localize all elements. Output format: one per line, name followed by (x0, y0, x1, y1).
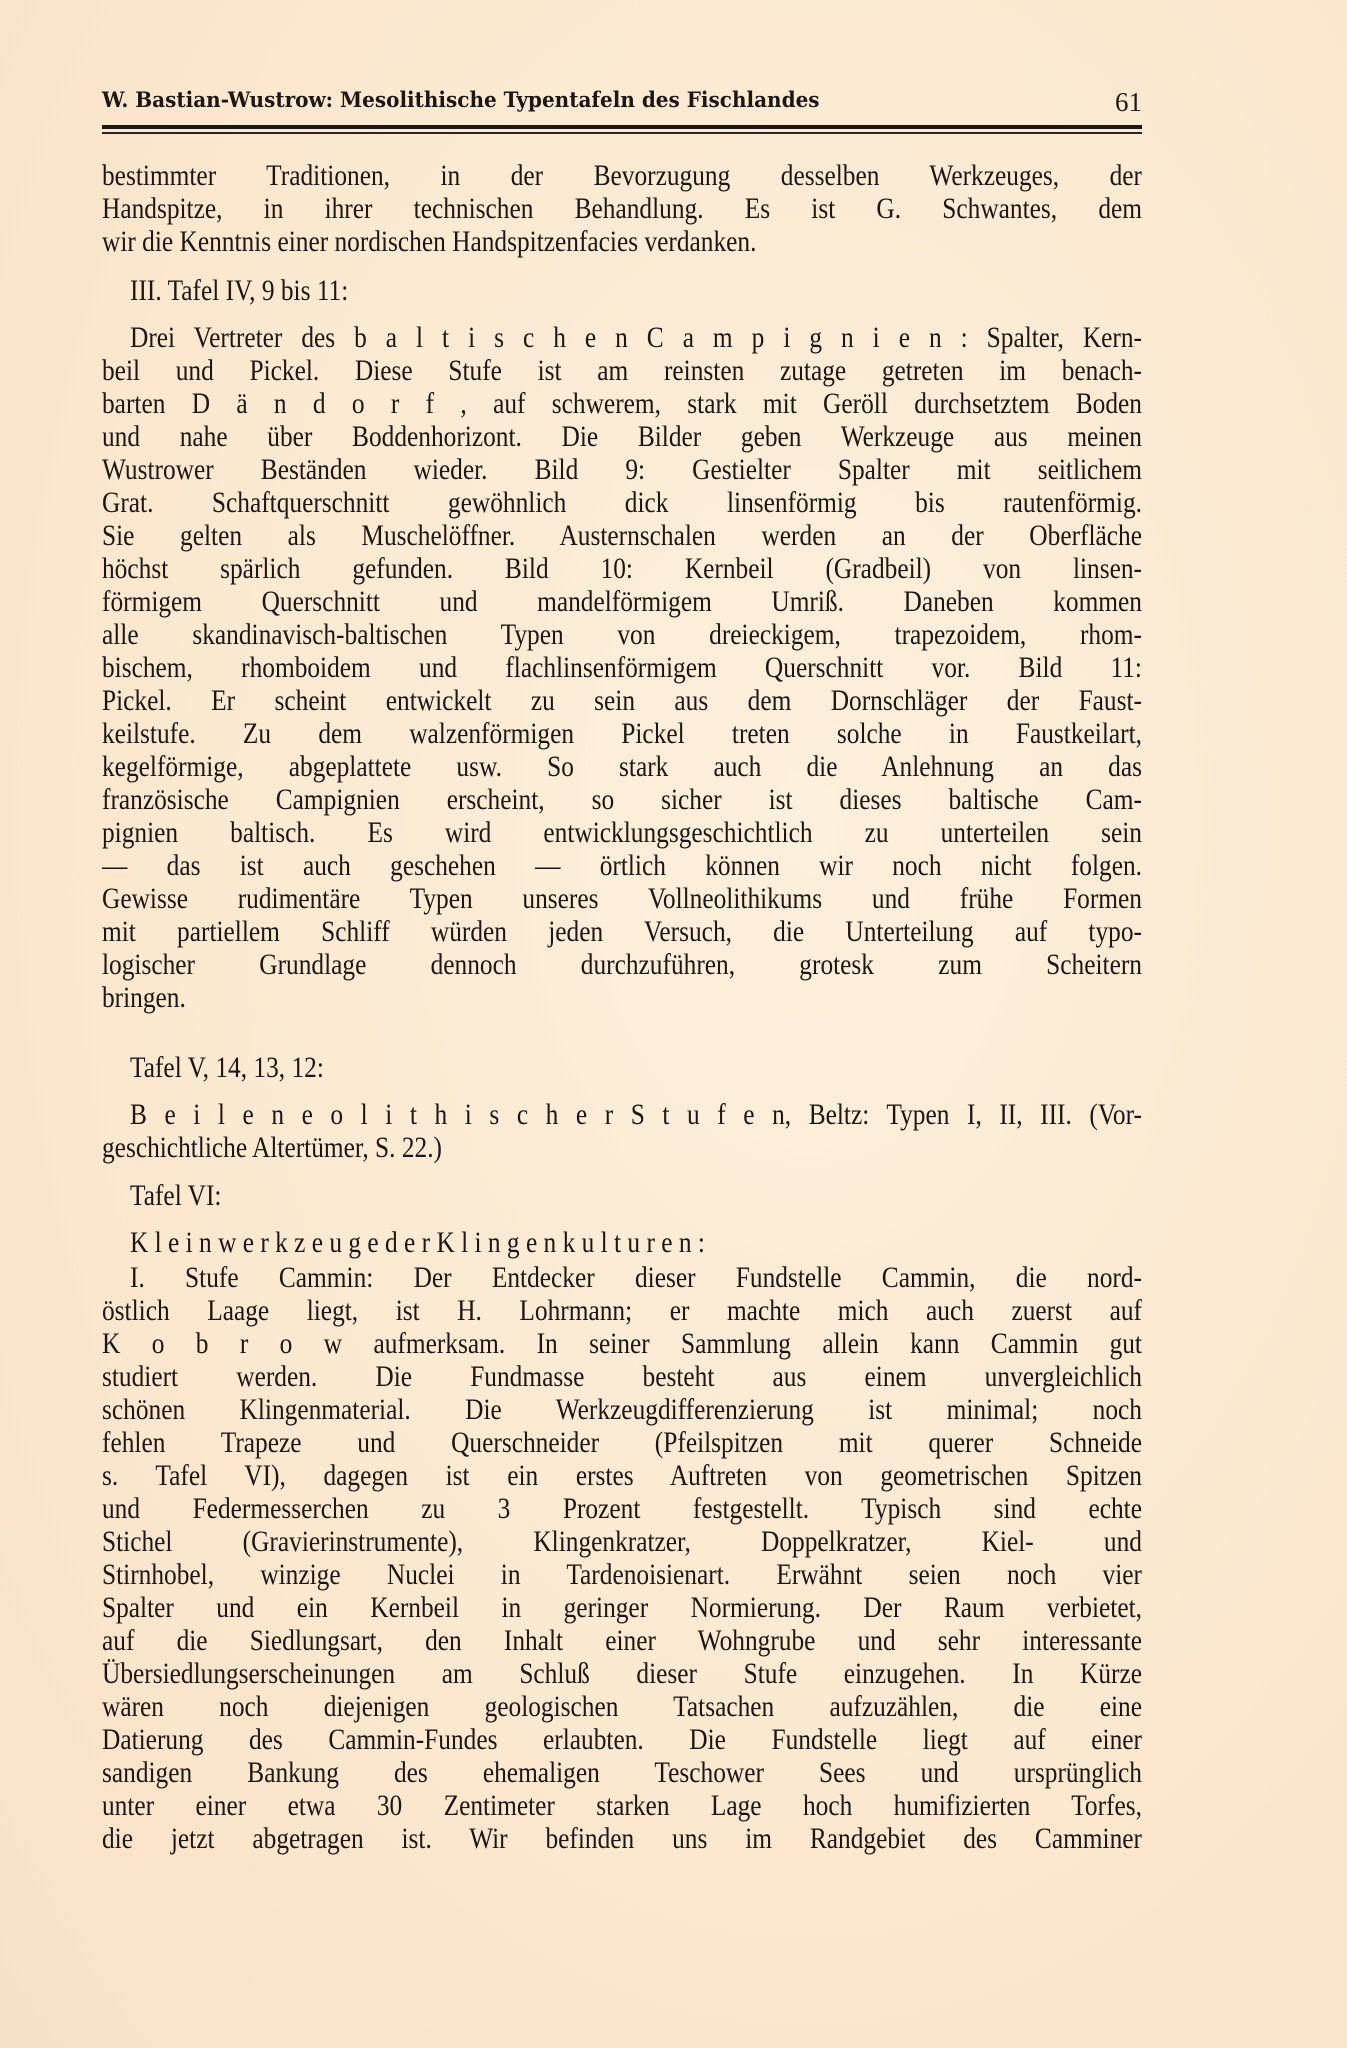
text-line: Pickel. Er scheint entwickelt zu sein au… (102, 685, 1142, 718)
text-line: Spalter und ein Kernbeil in geringer Nor… (102, 1592, 1142, 1625)
text-line: und nahe über Boddenhorizont. Die Bilder… (102, 421, 1142, 454)
text-line: s. Tafel VI), dagegen ist ein erstes Auf… (102, 1460, 1142, 1493)
text-line: B e i l e n e o l i t h i s c h e r S t … (130, 1099, 1142, 1132)
text-line: Übersiedlungserscheinungen am Schluß die… (102, 1658, 1142, 1691)
text-line: wir die Kenntnis einer nordischen Handsp… (102, 226, 1142, 259)
text-line: bringen. (102, 982, 1142, 1015)
text-line: unter einer etwa 30 Zentimeter starken L… (102, 1790, 1142, 1823)
header-rule-thick (102, 125, 1142, 129)
text-line: Tafel V, 14, 13, 12: (130, 1052, 1142, 1085)
text-line: französische Campignien erscheint, so si… (102, 784, 1142, 817)
text-line: keilstufe. Zu dem walzenförmigen Pickel … (102, 718, 1142, 751)
text-line: die jetzt abgetragen ist. Wir befinden u… (102, 1823, 1142, 1856)
text-line: Stirnhobel, winzige Nuclei in Tardenoisi… (102, 1559, 1142, 1592)
text-line: Handspitze, in ihrer technischen Behandl… (102, 193, 1142, 226)
running-title: W. Bastian-Wustrow: Mesolithische Typent… (102, 88, 820, 113)
text-line: K l e i n w e r k z e u g e d e r K l i … (130, 1227, 1142, 1260)
text-line: sandigen Bankung des ehemaligen Teschowe… (102, 1757, 1142, 1790)
text-line: wären noch diejenigen geologischen Tatsa… (102, 1691, 1142, 1724)
text-line: mit partiellem Schliff würden jeden Vers… (102, 916, 1142, 949)
text-line: schönen Klingenmaterial. Die Werkzeugdif… (102, 1394, 1142, 1427)
text-line: logischer Grundlage dennoch durchzuführe… (102, 949, 1142, 982)
text-line: beil und Pickel. Diese Stufe ist am rein… (102, 355, 1142, 388)
text-line: östlich Laage liegt, ist H. Lohrmann; er… (102, 1295, 1142, 1328)
text-line: alle skandinavisch-baltischen Typen von … (102, 619, 1142, 652)
header-rule-thin (102, 132, 1142, 134)
text-line: höchst spärlich gefunden. Bild 10: Kernb… (102, 553, 1142, 586)
text-line: Grat. Schaftquerschnitt gewöhnlich dick … (102, 487, 1142, 520)
page-number: 61 (1115, 87, 1142, 118)
text-line: K o b r o w aufmerksam. In seiner Sammlu… (102, 1328, 1142, 1361)
text-line: fehlen Trapeze und Querschneider (Pfeils… (102, 1427, 1142, 1460)
text-line: kegelförmige, abgeplattete usw. So stark… (102, 751, 1142, 784)
text-line: geschichtliche Altertümer, S. 22.) (102, 1132, 1142, 1165)
text-line: pignien baltisch. Es wird entwicklungsge… (102, 817, 1142, 850)
text-line: Gewisse rudimentäre Typen unseres Vollne… (102, 883, 1142, 916)
text-line: barten D ä n d o r f , auf schwerem, sta… (102, 388, 1142, 421)
text-line: Datierung des Cammin-Fundes erlaubten. D… (102, 1724, 1142, 1757)
text-line: Sie gelten als Muschelöffner. Austernsch… (102, 520, 1142, 553)
text-line: Drei Vertreter des b a l t i s c h e n C… (130, 322, 1142, 355)
text-line: förmigem Querschnitt und mandelförmigem … (102, 586, 1142, 619)
text-line: studiert werden. Die Fundmasse besteht a… (102, 1361, 1142, 1394)
text-line: Stichel (Gravierinstrumente), Klingenkra… (102, 1526, 1142, 1559)
text-line: Tafel VI: (130, 1180, 1142, 1213)
text-line: III. Tafel IV, 9 bis 11: (130, 275, 1142, 308)
text-line: I. Stufe Cammin: Der Entdecker dieser Fu… (130, 1262, 1142, 1295)
text-line: und Federmesserchen zu 3 Prozent festges… (102, 1493, 1142, 1526)
text-line: auf die Siedlungsart, den Inhalt einer W… (102, 1625, 1142, 1658)
text-line: — das ist auch geschehen — örtlich könne… (102, 850, 1142, 883)
text-line: Wustrower Beständen wieder. Bild 9: Gest… (102, 454, 1142, 487)
running-head: W. Bastian-Wustrow: Mesolithische Typent… (102, 84, 1142, 124)
text-line: bestimmter Traditionen, in der Bevorzugu… (102, 160, 1142, 193)
text-line: bischem, rhomboidem und flachlinsenförmi… (102, 652, 1142, 685)
